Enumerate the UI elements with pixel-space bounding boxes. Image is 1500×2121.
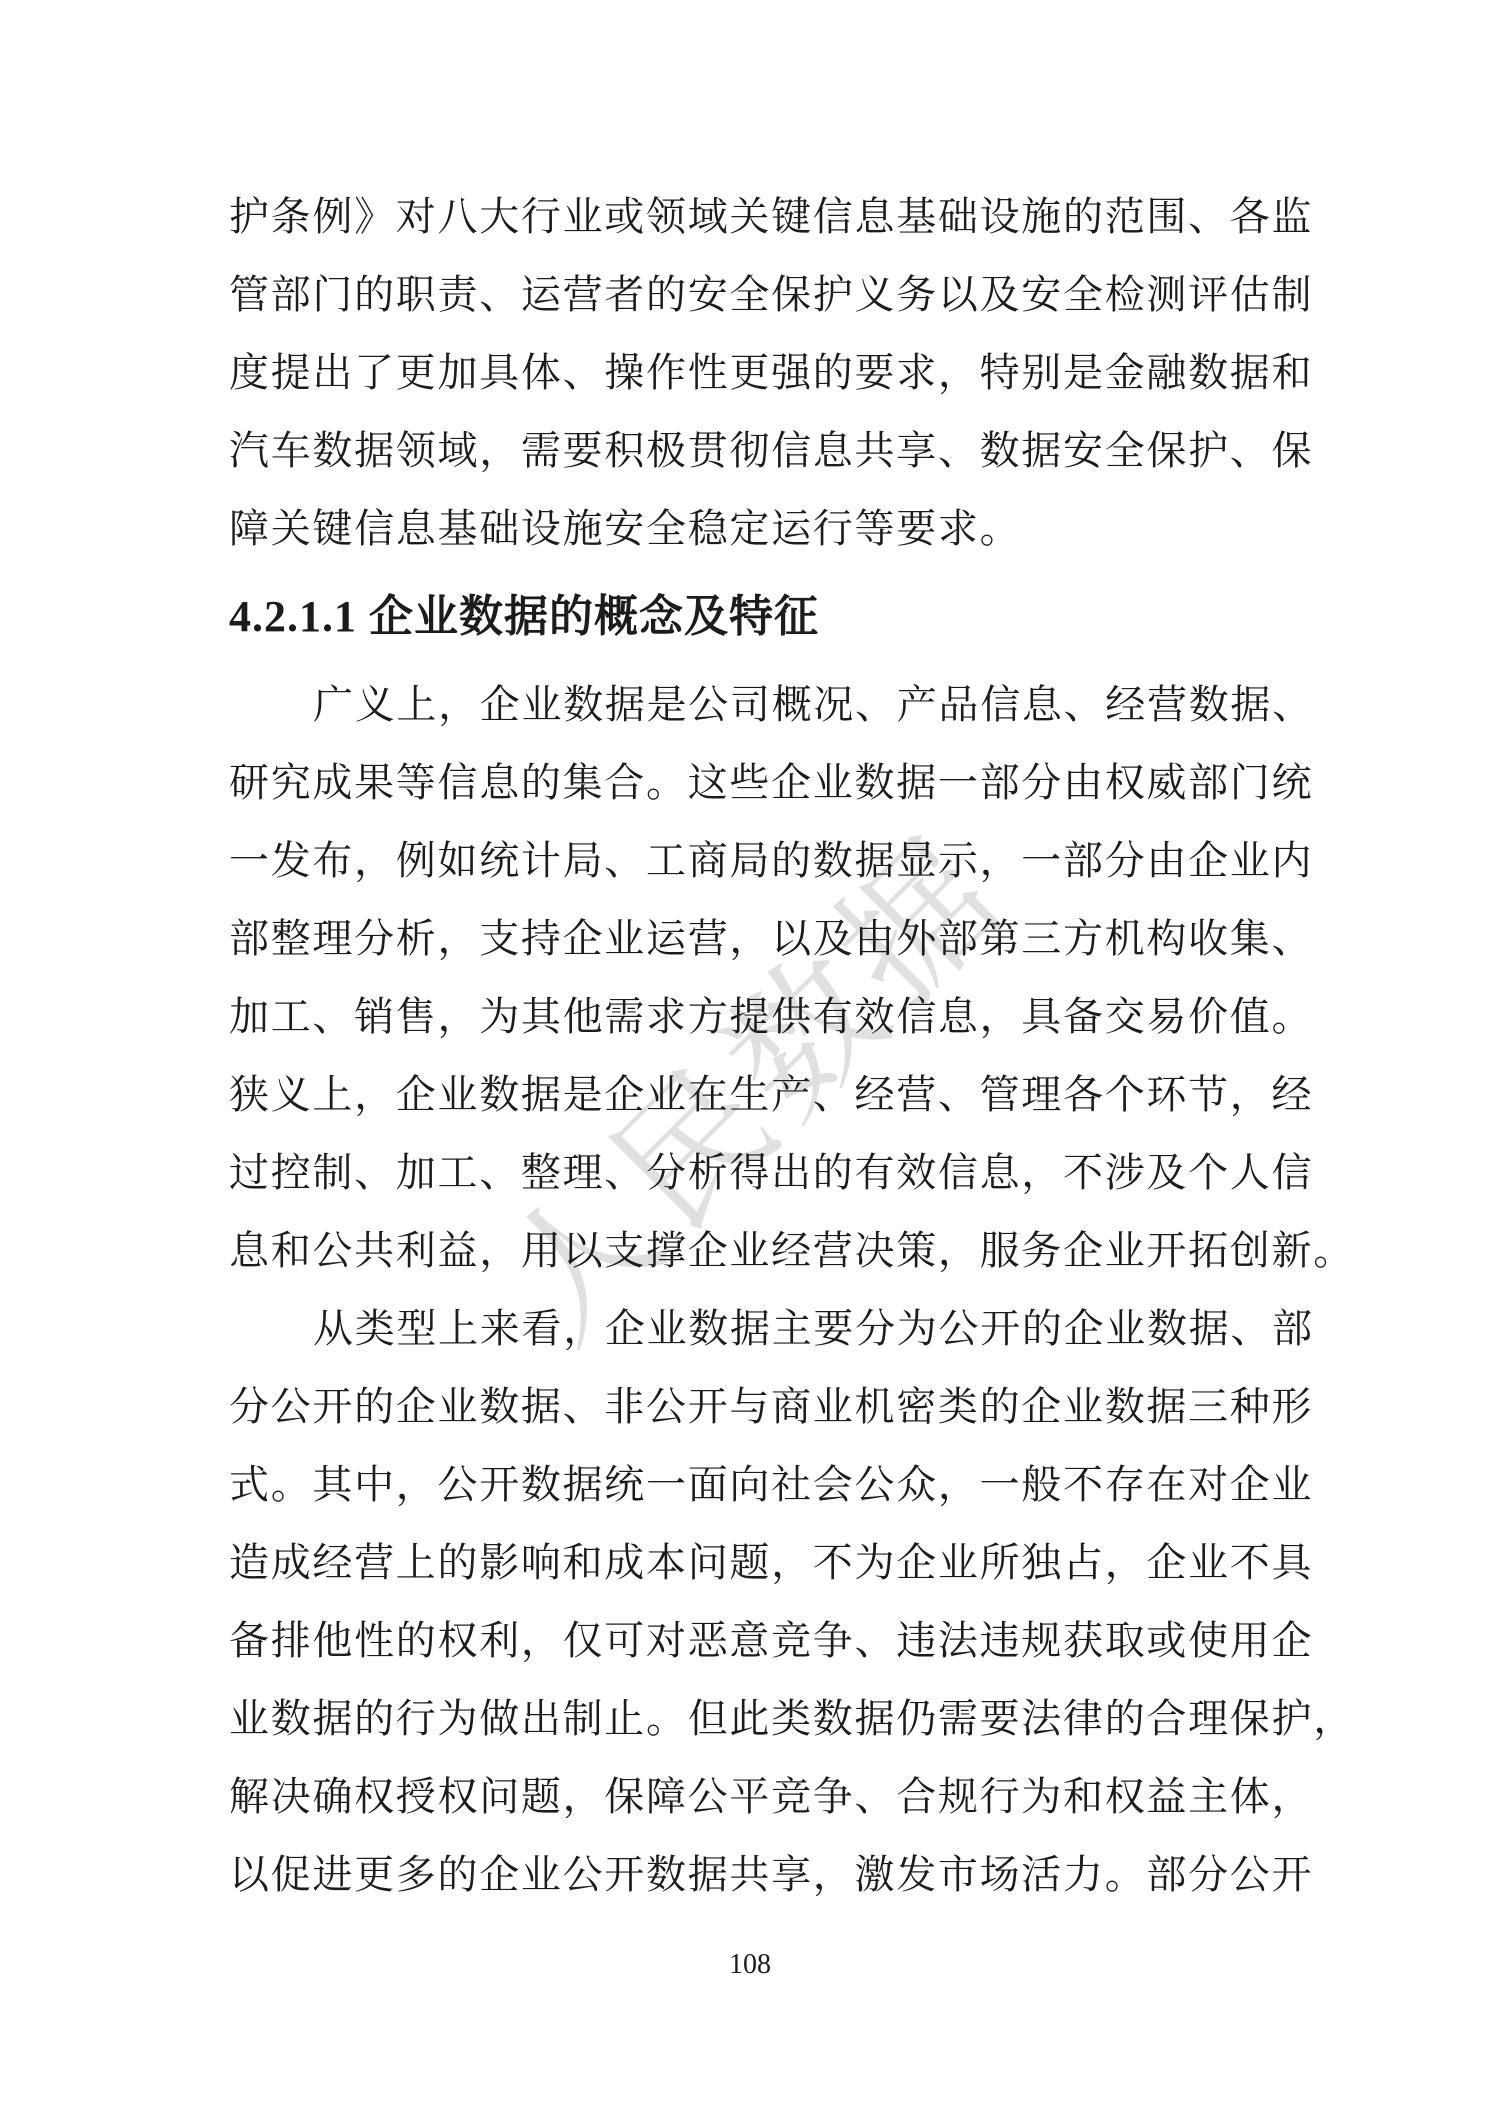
section-heading: 4.2.1.1 企业数据的概念及特征 bbox=[229, 578, 1271, 656]
document-page: 人民数据 护条例》对八大行业或领域关键信息基础设施的范围、各监 管部门的职责、运… bbox=[0, 0, 1500, 2121]
page-footer: 108 bbox=[0, 1948, 1500, 1982]
text-line: 一发布，例如统计局、工商局的数据显示，一部分由企业内 bbox=[229, 822, 1271, 900]
text-line: 从类型上来看，企业数据主要分为公开的企业数据、部 bbox=[229, 1290, 1271, 1368]
text-line: 研究成果等信息的集合。这些企业数据一部分由权威部门统 bbox=[229, 744, 1271, 822]
text-line: 式。其中，公开数据统一面向社会公众，一般不存在对企业 bbox=[229, 1446, 1271, 1524]
text-line: 业数据的行为做出制止。但此类数据仍需要法律的合理保护， bbox=[229, 1680, 1271, 1758]
text-line: 加工、销售，为其他需求方提供有效信息，具备交易价值。 bbox=[229, 978, 1271, 1056]
text-line: 分公开的企业数据、非公开与商业机密类的企业数据三种形 bbox=[229, 1368, 1271, 1446]
text-line: 备排他性的权利，仅可对恶意竞争、违法违规获取或使用企 bbox=[229, 1602, 1271, 1680]
text-line: 狭义上，企业数据是企业在生产、经营、管理各个环节，经 bbox=[229, 1056, 1271, 1134]
text-line: 汽车数据领域，需要积极贯彻信息共享、数据安全保护、保 bbox=[229, 412, 1271, 490]
text-line: 广义上，企业数据是公司概况、产品信息、经营数据、 bbox=[229, 666, 1271, 744]
section-heading-row: 4.2.1.1 企业数据的概念及特征 bbox=[229, 578, 1271, 656]
paragraph-continuation: 护条例》对八大行业或领域关键信息基础设施的范围、各监 管部门的职责、运营者的安全… bbox=[229, 178, 1271, 568]
text-line: 护条例》对八大行业或领域关键信息基础设施的范围、各监 bbox=[229, 178, 1271, 256]
text-line: 造成经营上的影响和成本问题，不为企业所独占，企业不具 bbox=[229, 1524, 1271, 1602]
text-line: 息和公共利益，用以支撑企业经营决策，服务企业开拓创新。 bbox=[229, 1212, 1271, 1290]
text-line: 以促进更多的企业公开数据共享，激发市场活力。部分公开 bbox=[229, 1836, 1271, 1914]
paragraph-data-types: 从类型上来看，企业数据主要分为公开的企业数据、部 分公开的企业数据、非公开与商业… bbox=[229, 1290, 1271, 1914]
text-line: 度提出了更加具体、操作性更强的要求，特别是金融数据和 bbox=[229, 334, 1271, 412]
page-number: 108 bbox=[729, 1949, 771, 1980]
text-line: 解决确权授权问题，保障公平竞争、合规行为和权益主体， bbox=[229, 1758, 1271, 1836]
paragraph-broad-definition: 广义上，企业数据是公司概况、产品信息、经营数据、 研究成果等信息的集合。这些企业… bbox=[229, 666, 1271, 1290]
text-line: 管部门的职责、运营者的安全保护义务以及安全检测评估制 bbox=[229, 256, 1271, 334]
text-line: 障关键信息基础设施安全稳定运行等要求。 bbox=[229, 490, 1271, 568]
text-line: 部整理分析，支持企业运营，以及由外部第三方机构收集、 bbox=[229, 900, 1271, 978]
text-line: 过控制、加工、整理、分析得出的有效信息，不涉及个人信 bbox=[229, 1134, 1271, 1212]
